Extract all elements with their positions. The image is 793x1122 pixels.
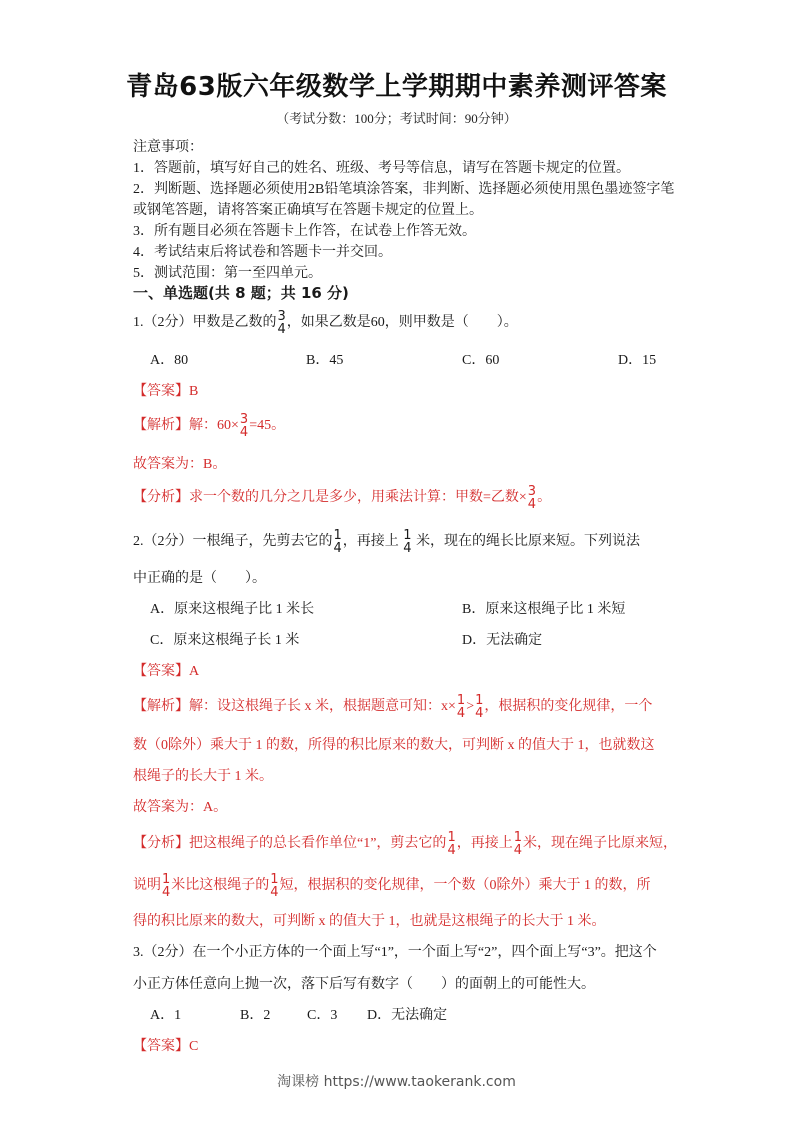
q2-option-c: C．原来这根绳子长 1 米 <box>150 629 299 649</box>
notice-heading: 注意事项： <box>133 136 203 156</box>
q3-option-b: B．2 <box>240 1004 270 1024</box>
q3-option-c: C．3 <box>307 1004 337 1024</box>
q1-option-a: A．80 <box>150 349 188 369</box>
q2-option-d: D．无法确定 <box>462 629 542 649</box>
question-1-stem: 1.（2分）甲数是乙数的34，如果乙数是60，则甲数是（ ）。 <box>133 310 518 336</box>
q1-answer: 【答案】B <box>133 380 198 400</box>
q1-analysis: 【分析】求一个数的几分之几是多少，用乘法计算：甲数=乙数×34。 <box>133 485 551 511</box>
q2-solution-line3: 根绳子的长大于 1 米。 <box>133 765 273 785</box>
q2-option-b: B．原来这根绳子比 1 米短 <box>462 598 625 618</box>
footer-watermark: 淘课榜 https://www.taokerank.com <box>0 1071 793 1091</box>
q3-answer: 【答案】C <box>133 1035 198 1055</box>
page-title: 青岛63版六年级数学上学期期中素养测评答案 <box>0 66 793 103</box>
q2-answer: 【答案】A <box>133 660 199 680</box>
q2-analysis-line3: 得的积比原来的数大，可判断 x 的值大于 1，也就是这根绳子的长大于 1 米。 <box>133 910 606 930</box>
q2-solution: 【解析】解：设这根绳子长 x 米，根据题意可知：x×14>14，根据积的变化规律… <box>133 694 652 720</box>
document-page: 青岛63版六年级数学上学期期中素养测评答案 （考试分数：100分；考试时间：90… <box>0 0 793 1122</box>
notice-item: 1．答题前，填写好自己的姓名、班级、考号等信息，请写在答题卡规定的位置。 <box>133 157 630 177</box>
q1-conclusion: 故答案为：B。 <box>133 453 226 473</box>
q2-analysis: 【分析】把这根绳子的总长看作单位“1”，剪去它的14，再接上14米，现在绳子比原… <box>133 831 677 857</box>
notice-item: 3．所有题目必须在答题卡上作答，在试卷上作答无效。 <box>133 220 476 240</box>
q1-option-c: C．60 <box>462 349 499 369</box>
exam-info: （考试分数：100分；考试时间：90分钟） <box>0 108 793 127</box>
q2-solution-line2: 数（0除外）乘大于 1 的数，所得的积比原来的数大，可判断 x 的值大于 1，也… <box>133 734 655 754</box>
q3-option-a: A．1 <box>150 1004 181 1024</box>
q2-option-a: A．原来这根绳子比 1 米长 <box>150 598 314 618</box>
fraction-3-4: 34 <box>278 310 286 336</box>
q2-analysis-line2: 说明14米比这根绳子的14短，根据积的变化规律，一个数（0除外）乘大于 1 的数… <box>133 873 651 899</box>
notice-item: 5．测试范围：第一至四单元。 <box>133 262 322 282</box>
q1-option-b: B．45 <box>306 349 343 369</box>
section-heading: 一、单选题(共 8 题；共 16 分) <box>133 282 349 303</box>
question-2-stem-line2: 中正确的是（ ）。 <box>133 567 266 587</box>
q1-option-d: D．15 <box>618 349 656 369</box>
notice-item: 4．考试结束后将试卷和答题卡一并交回。 <box>133 241 392 261</box>
q2-conclusion: 故答案为：A。 <box>133 796 227 816</box>
question-3-stem-line2: 小正方体任意向上抛一次，落下后写有数字（ ）的面朝上的可能性大。 <box>133 973 595 993</box>
notice-item: 2．判断题、选择题必须使用2B铅笔填涂答案，非判断、选择题必须使用黑色墨迹签字笔 <box>133 178 674 198</box>
q1-solution: 【解析】解：60×34=45。 <box>133 413 285 439</box>
notice-item: 或钢笔答题，请将答案正确填写在答题卡规定的位置上。 <box>133 199 483 219</box>
question-2-stem: 2.（2分）一根绳子，先剪去它的14，再接上 14 米，现在的绳长比原来短。下列… <box>133 529 640 555</box>
q3-option-d: D．无法确定 <box>367 1004 447 1024</box>
question-3-stem: 3.（2分）在一个小正方体的一个面上写“1”，一个面上写“2”，四个面上写“3”… <box>133 941 657 961</box>
